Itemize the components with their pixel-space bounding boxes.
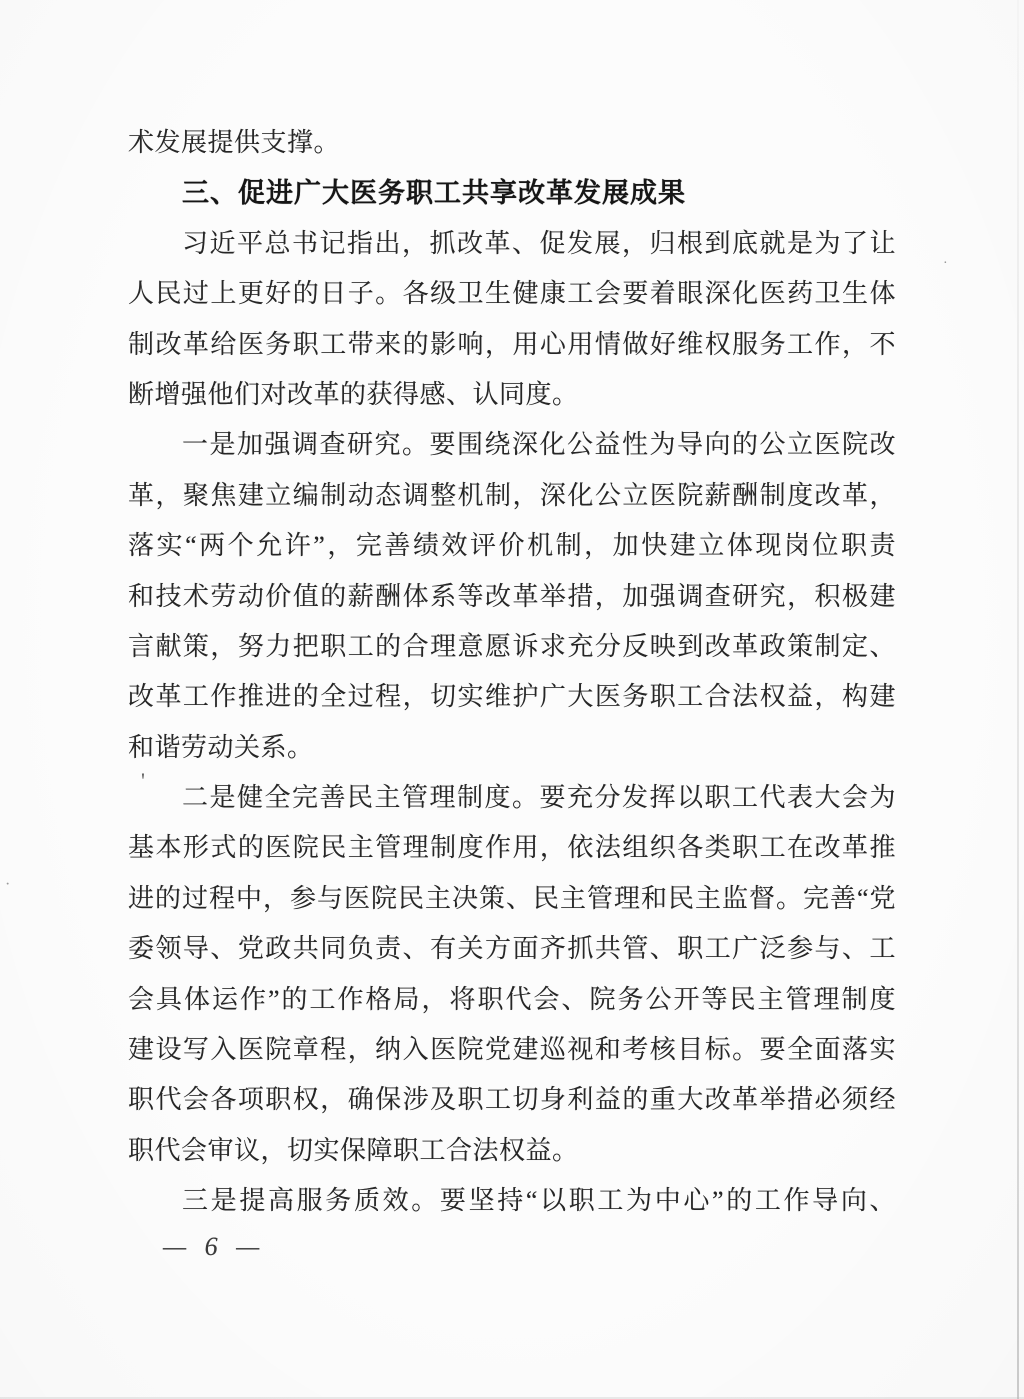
- text-line: 言献策，努力把职工的合理意愿诉求充分反映到改革政策制定、: [128, 622, 896, 672]
- text-line: 委领导、党政共同负责、有关方面齐抓共管、职工广泛参与、工: [128, 924, 896, 974]
- scan-artifact-dot-left: ·: [5, 876, 10, 894]
- text-line: 一是加强调查研究。要围绕深化公益性为导向的公立医院改: [128, 420, 896, 470]
- scan-artifact-dot-right: ·: [943, 256, 948, 272]
- text-line: 二是健全完善民主管理制度。要充分发挥以职工代表大会为: [128, 773, 896, 823]
- text-line: 革，聚焦建立编制动态调整机制，深化公立医院薪酬制度改革，: [128, 471, 896, 521]
- text-line: 会具体运作”的工作格局，将职代会、院务公开等民主管理制度: [128, 975, 896, 1025]
- text-line: 进的过程中，参与医院民主决策、民主管理和民主监督。完善“党: [128, 874, 896, 924]
- heading-line: 三、促进广大医务职工共享改革发展成果: [128, 168, 896, 218]
- text-line: 制改革给医务职工带来的影响，用心用情做好维权服务工作，不: [128, 320, 896, 370]
- text-line: 建设写入医院章程，纳入医院党建巡视和考核目标。要全面落实: [128, 1025, 896, 1075]
- text-line: 职代会审议，切实保障职工合法权益。: [128, 1126, 896, 1176]
- text-line: 落实“两个允许”，完善绩效评价机制，加快建立体现岗位职责: [128, 521, 896, 571]
- document-page: 术发展提供支撑。三、促进广大医务职工共享改革发展成果习近平总书记指出，抓改革、促…: [0, 0, 1024, 1399]
- text-line: 人民过上更好的日子。各级卫生健康工会要着眼深化医药卫生体: [128, 269, 896, 319]
- text-line: 职代会各项职权，确保涉及职工切身利益的重大改革举措必须经: [128, 1075, 896, 1125]
- text-line: 改革工作推进的全过程，切实维护广大医务职工合法权益，构建: [128, 672, 896, 722]
- text-line: 术发展提供支撑。: [128, 118, 896, 168]
- text-line: 基本形式的医院民主管理制度作用，依法组织各类职工在改革推: [128, 823, 896, 873]
- page-number: — 6 —: [163, 1222, 265, 1272]
- text-line: 和谐劳动关系。: [128, 723, 896, 773]
- text-line: 习近平总书记指出，抓改革、促发展，归根到底就是为了让: [128, 219, 896, 269]
- text-line: 和技术劳动价值的薪酬体系等改革举措，加强调查研究，积极建: [128, 572, 896, 622]
- scan-edge-line-right: [1017, 0, 1019, 1399]
- text-line: 断增强他们对改革的获得感、认同度。: [128, 370, 896, 420]
- text-block: 术发展提供支撑。三、促进广大医务职工共享改革发展成果习近平总书记指出，抓改革、促…: [128, 118, 896, 1227]
- text-line: 三是提高服务质效。要坚持“以职工为中心”的工作导向、: [128, 1176, 896, 1226]
